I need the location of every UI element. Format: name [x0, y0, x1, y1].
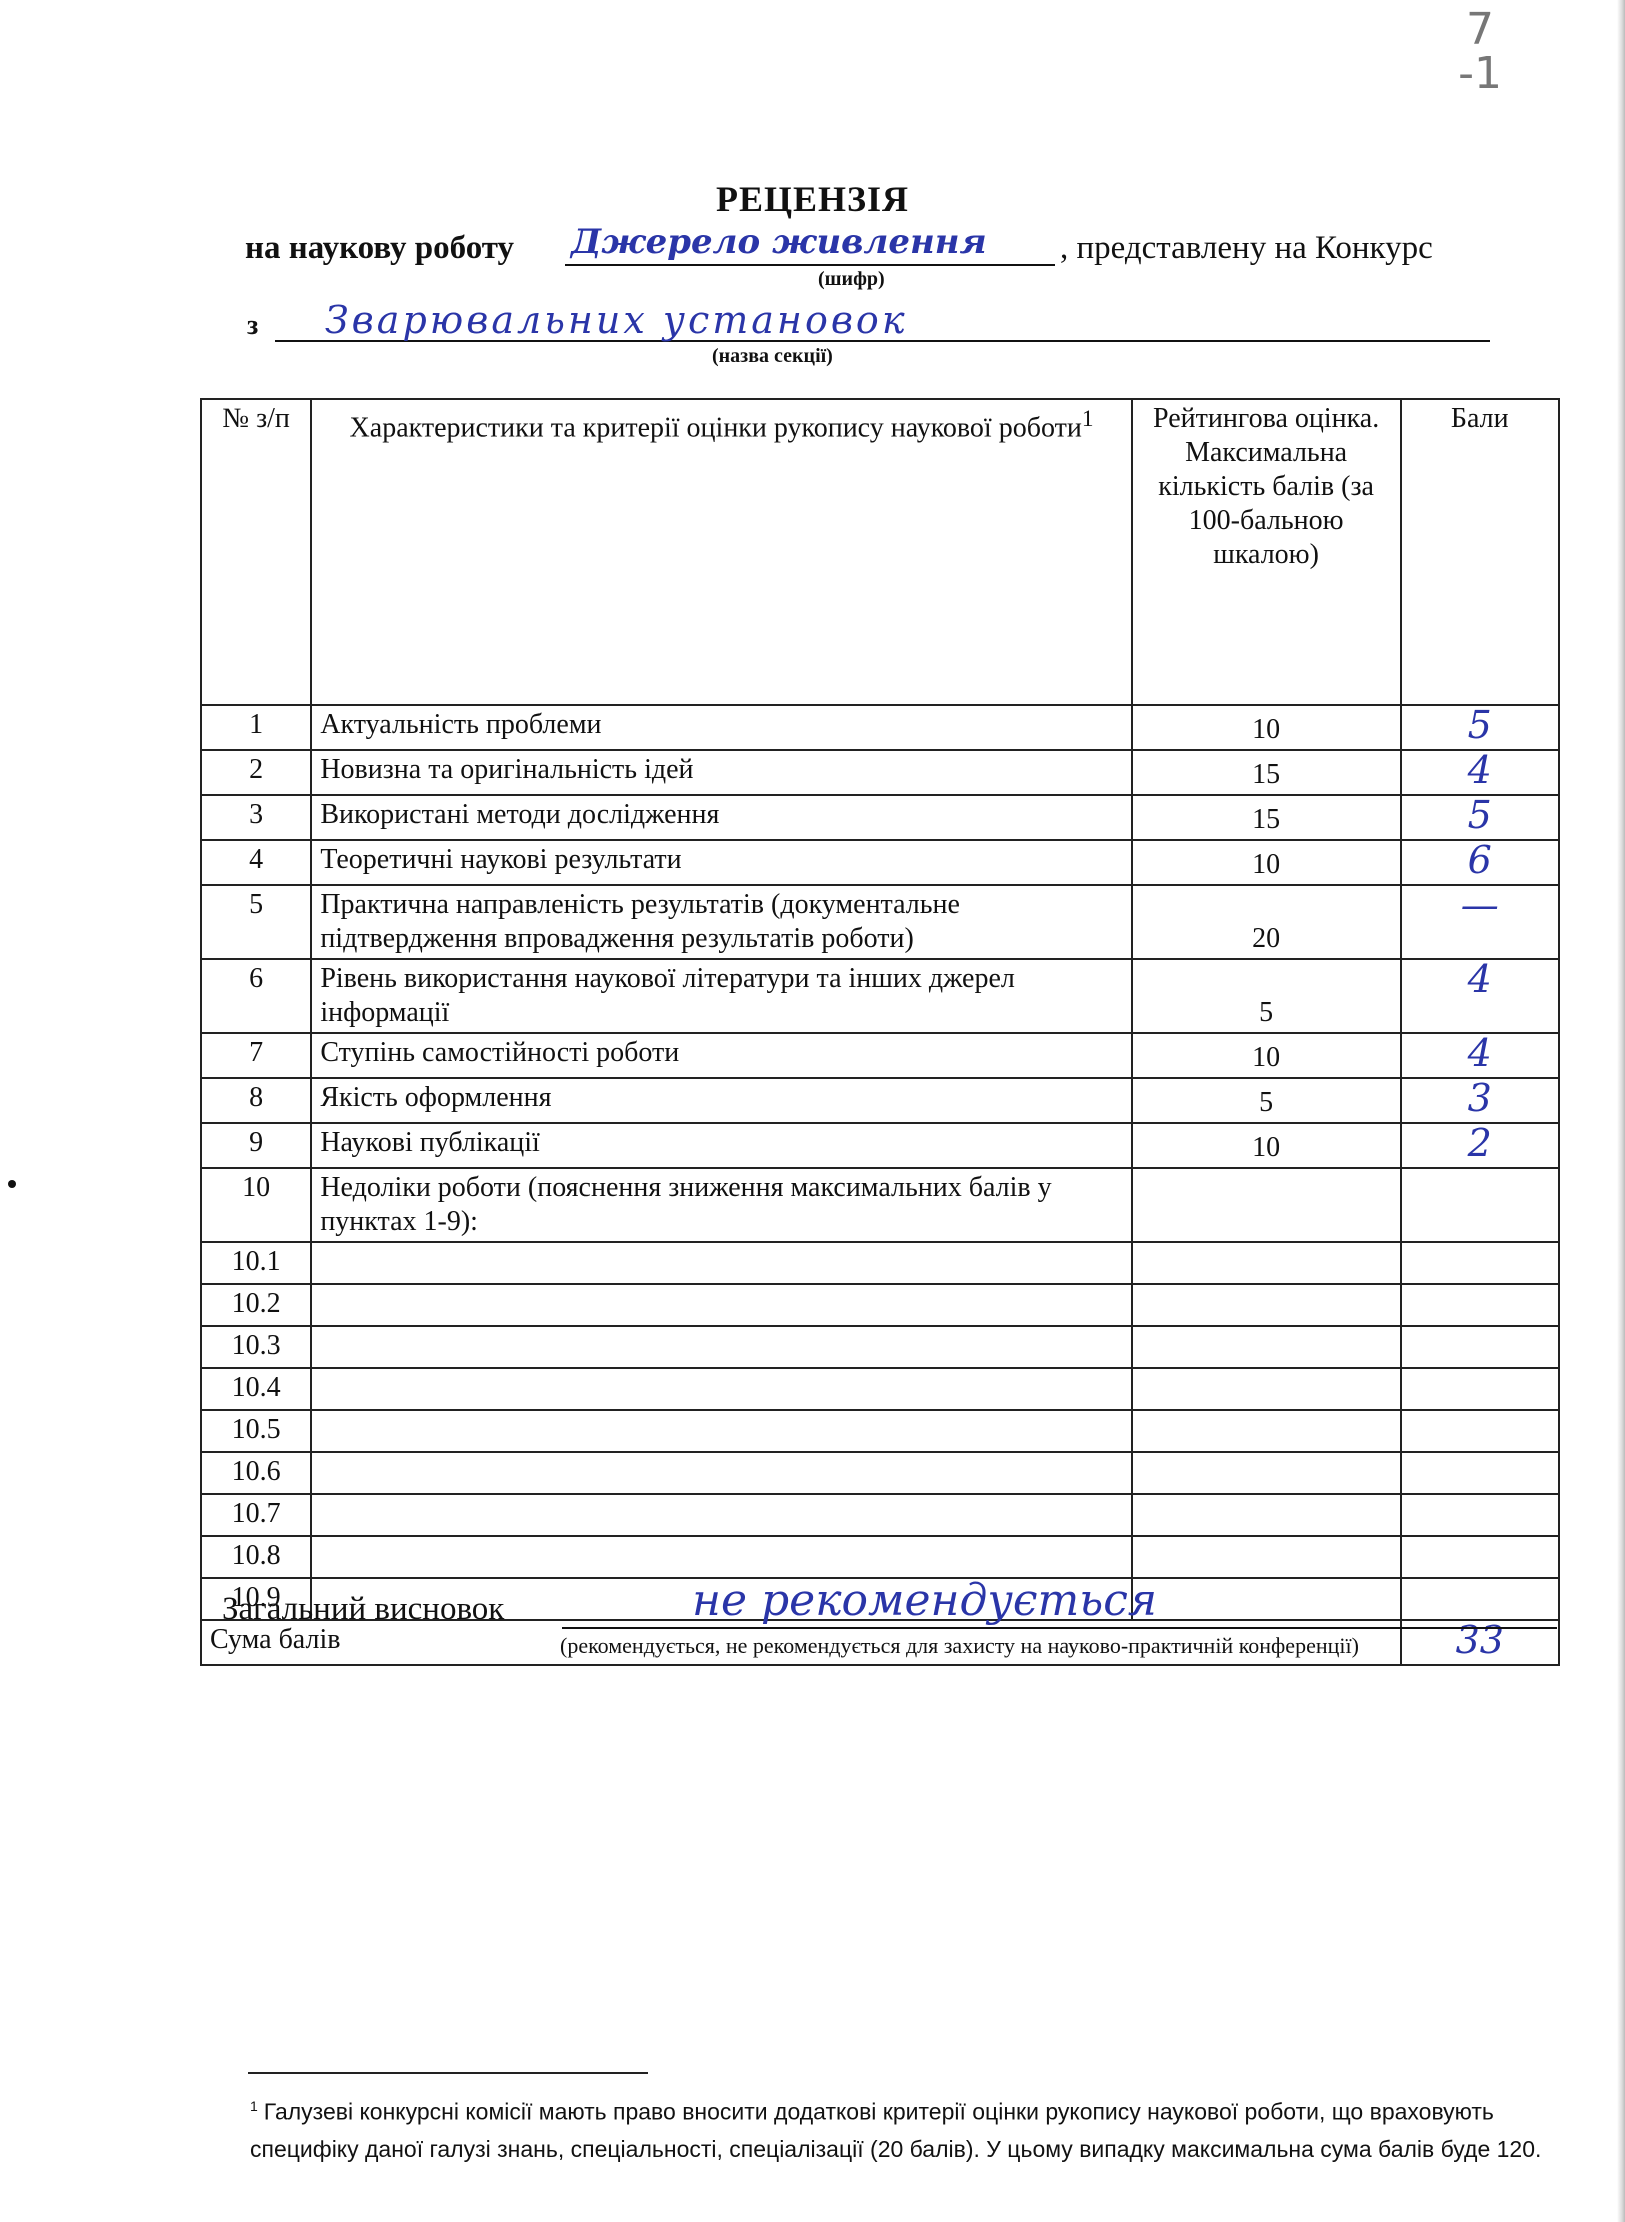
row-score-cell[interactable] [1401, 1168, 1560, 1242]
deficiency-score-cell[interactable] [1401, 1326, 1560, 1368]
deficiency-number: 10.8 [201, 1536, 311, 1578]
row-criterion: Недоліки роботи (пояснення зниження макс… [311, 1168, 1131, 1242]
row-score-cell[interactable]: 6 [1401, 840, 1560, 885]
footnote-divider [248, 2072, 648, 2074]
deficiency-text-cell[interactable] [311, 1284, 1131, 1326]
conclusion-hint: (рекомендується, не рекомендується для з… [560, 1633, 1359, 1659]
footnote-marker: 1 [250, 2098, 258, 2114]
deficiency-text-cell[interactable] [311, 1242, 1131, 1284]
deficiency-row: 10.1 [201, 1242, 1559, 1284]
row-max-score: 15 [1132, 795, 1401, 840]
deficiency-number: 10.1 [201, 1242, 311, 1284]
row-max-score: 15 [1132, 750, 1401, 795]
deficiency-score-cell[interactable] [1401, 1242, 1560, 1284]
row-max-score: 10 [1132, 840, 1401, 885]
conclusion-field[interactable]: не рекомендується [562, 1585, 1557, 1629]
page-title: РЕЦЕНЗІЯ [0, 178, 1625, 220]
deficiency-number: 10.2 [201, 1284, 311, 1326]
footnote-text: Галузеві конкурсні комісії мають право в… [250, 2099, 1541, 2162]
section-field[interactable]: Зварювальних установок [275, 300, 1490, 342]
deficiency-row: 10.7 [201, 1494, 1559, 1536]
row-score-value: 4 [1468, 957, 1492, 1001]
footnote: 1Галузеві конкурсні комісії мають право … [250, 2088, 1590, 2168]
row-score-cell[interactable]: 4 [1401, 750, 1560, 795]
deficiency-row: 10.3 [201, 1326, 1559, 1368]
row-max-score: 20 [1132, 885, 1401, 959]
scan-edge-shadow [1617, 0, 1625, 2222]
table-row: 10Недоліки роботи (пояснення зниження ма… [201, 1168, 1559, 1242]
deficiency-text-cell[interactable] [311, 1536, 1131, 1578]
deficiency-score-cell[interactable] [1401, 1452, 1560, 1494]
row-score-cell[interactable]: 4 [1401, 1033, 1560, 1078]
row-score-cell[interactable]: — [1401, 885, 1560, 959]
row-max-score: 5 [1132, 959, 1401, 1033]
deficiency-row: 10.5 [201, 1410, 1559, 1452]
deficiency-max-cell [1132, 1242, 1401, 1284]
deficiency-score-cell[interactable] [1401, 1284, 1560, 1326]
row-score-value: — [1461, 883, 1499, 927]
deficiency-number: 10.5 [201, 1410, 311, 1452]
deficiency-score-cell[interactable] [1401, 1536, 1560, 1578]
deficiency-text-cell[interactable] [311, 1494, 1131, 1536]
row-max-score: 5 [1132, 1078, 1401, 1123]
row-criterion: Наукові публікації [311, 1123, 1131, 1168]
work-cipher-value: Джерело живлення [571, 222, 987, 262]
work-label: на наукову роботу [245, 230, 514, 267]
deficiency-row: 10.2 [201, 1284, 1559, 1326]
deficiency-max-cell [1132, 1326, 1401, 1368]
row-number: 10 [201, 1168, 311, 1242]
row-criterion: Рівень використання наукової літератури … [311, 959, 1131, 1033]
deficiency-max-cell [1132, 1494, 1401, 1536]
row-score-cell[interactable]: 5 [1401, 795, 1560, 840]
page-number-mark: 7 -1 [1440, 8, 1520, 96]
header-criteria: Характеристики та критерії оцінки рукопи… [311, 399, 1131, 705]
section-caption: (назва секції) [712, 345, 833, 368]
conclusion-label: Загальний висновок [222, 1591, 504, 1628]
row-criterion: Використані методи дослідження [311, 795, 1131, 840]
row-score-value: 4 [1468, 1031, 1492, 1075]
row-score-value: 5 [1468, 793, 1492, 837]
header-no: № з/п [201, 399, 311, 705]
footnote-ref: 1 [1082, 406, 1094, 432]
deficiency-max-cell [1132, 1536, 1401, 1578]
row-criterion: Якість оформлення [311, 1078, 1131, 1123]
row-score-value: 2 [1468, 1121, 1492, 1165]
work-line: на наукову роботу Джерело живлення , пре… [245, 222, 1505, 272]
deficiency-text-cell[interactable] [311, 1326, 1131, 1368]
row-score-cell[interactable]: 5 [1401, 705, 1560, 750]
row-number: 5 [201, 885, 311, 959]
conclusion-section: Загальний висновок не рекомендується (ре… [222, 1585, 1562, 1665]
deficiency-max-cell [1132, 1284, 1401, 1326]
margin-dot [8, 1180, 16, 1188]
work-cipher-field[interactable]: Джерело живлення [565, 222, 1055, 266]
row-max-score: 10 [1132, 1033, 1401, 1078]
table-row: 1Актуальність проблеми105 [201, 705, 1559, 750]
row-number: 1 [201, 705, 311, 750]
review-table: № з/п Характеристики та критерії оцінки … [200, 398, 1560, 1666]
deficiency-text-cell[interactable] [311, 1368, 1131, 1410]
section-line: з Зварювальних установок [245, 300, 1490, 346]
deficiency-number: 10.6 [201, 1452, 311, 1494]
section-value: Зварювальних установок [325, 298, 908, 342]
deficiency-score-cell[interactable] [1401, 1368, 1560, 1410]
deficiency-text-cell[interactable] [311, 1452, 1131, 1494]
row-number: 3 [201, 795, 311, 840]
row-max-score [1132, 1168, 1401, 1242]
deficiency-number: 10.4 [201, 1368, 311, 1410]
row-score-value: 5 [1468, 703, 1492, 747]
row-criterion: Практична направленість результатів (док… [311, 885, 1131, 959]
row-criterion: Новизна та оригінальність ідей [311, 750, 1131, 795]
deficiency-max-cell [1132, 1410, 1401, 1452]
row-number: 4 [201, 840, 311, 885]
row-score-cell[interactable]: 3 [1401, 1078, 1560, 1123]
row-max-score: 10 [1132, 705, 1401, 750]
header-max: Рейтингова оцінка. Максимальна кількість… [1132, 399, 1401, 705]
table-row: 2Новизна та оригінальність ідей154 [201, 750, 1559, 795]
header-score: Бали [1401, 399, 1560, 705]
row-number: 7 [201, 1033, 311, 1078]
table-row: 6Рівень використання наукової літератури… [201, 959, 1559, 1033]
table-row: 8Якість оформлення53 [201, 1078, 1559, 1123]
row-criterion: Ступінь самостійності роботи [311, 1033, 1131, 1078]
conclusion-value: не рекомендується [692, 1575, 1157, 1626]
row-number: 9 [201, 1123, 311, 1168]
deficiency-score-cell[interactable] [1401, 1494, 1560, 1536]
row-score-value: 3 [1468, 1076, 1492, 1120]
row-score-cell[interactable]: 4 [1401, 959, 1560, 1033]
table-row: 9Наукові публікації102 [201, 1123, 1559, 1168]
deficiency-text-cell[interactable] [311, 1410, 1131, 1452]
table-row: 5Практична направленість результатів (до… [201, 885, 1559, 959]
deficiency-row: 10.6 [201, 1452, 1559, 1494]
cipher-caption: (шифр) [818, 268, 885, 291]
row-number: 6 [201, 959, 311, 1033]
row-number: 8 [201, 1078, 311, 1123]
deficiency-number: 10.3 [201, 1326, 311, 1368]
row-criterion: Актуальність проблеми [311, 705, 1131, 750]
deficiency-max-cell [1132, 1452, 1401, 1494]
deficiency-row: 10.8 [201, 1536, 1559, 1578]
section-prefix: з [247, 310, 258, 342]
table-row: 7Ступінь самостійності роботи104 [201, 1033, 1559, 1078]
deficiency-max-cell [1132, 1368, 1401, 1410]
table-row: 4Теоретичні наукові результати106 [201, 840, 1559, 885]
table-row: 3Використані методи дослідження155 [201, 795, 1559, 840]
row-number: 2 [201, 750, 311, 795]
deficiency-row: 10.4 [201, 1368, 1559, 1410]
row-score-value: 6 [1468, 838, 1492, 882]
row-score-value: 4 [1468, 748, 1492, 792]
row-score-cell[interactable]: 2 [1401, 1123, 1560, 1168]
work-rest-text: , представлену на Конкурс [1060, 230, 1433, 267]
table-header-row: № з/п Характеристики та критерії оцінки … [201, 399, 1559, 705]
deficiency-number: 10.7 [201, 1494, 311, 1536]
row-criterion: Теоретичні наукові результати [311, 840, 1131, 885]
deficiency-score-cell[interactable] [1401, 1410, 1560, 1452]
row-max-score: 10 [1132, 1123, 1401, 1168]
